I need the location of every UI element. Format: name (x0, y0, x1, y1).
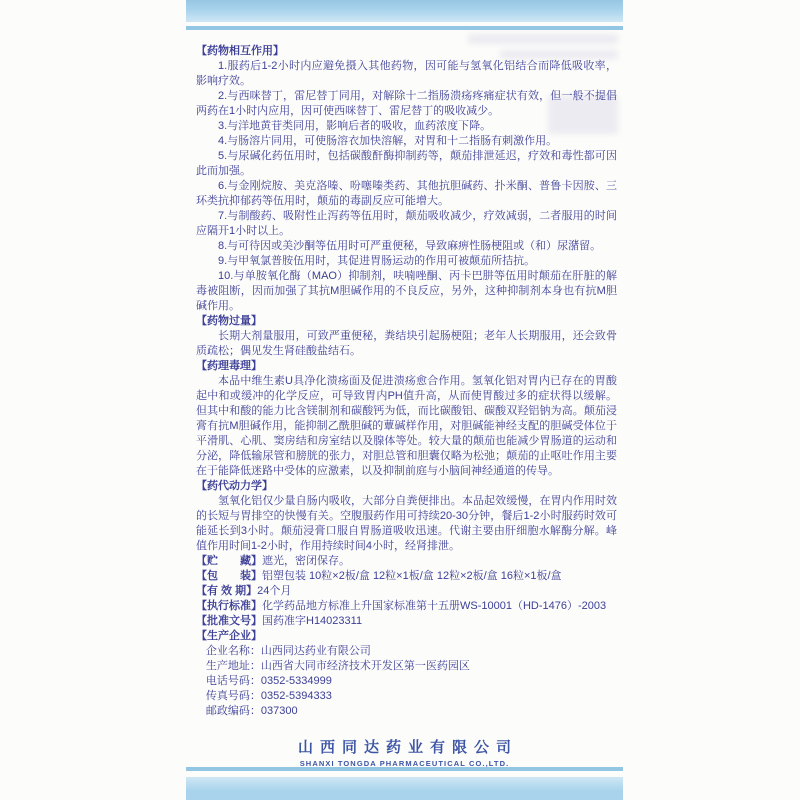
contact-line: 电话号码：0352-5334999 (196, 674, 617, 689)
section-paragraph: 本品中维生素U具净化溃疡面及促进溃疡愈合作用。氢氧化铝对胃内已存在的胃酸起中和或… (196, 374, 617, 479)
section-paragraph: 3.与洋地黄苷类同用，影响后者的吸收，血药浓度下降。 (196, 119, 617, 134)
leaflet-page: 【药物相互作用】1.服药后1-2小时内应避免摄入其他药物，因可能与氢氧化铝结合而… (0, 0, 800, 800)
field-value: 国药准字H14023311 (262, 615, 362, 627)
section-heading: 【药代动力学】 (196, 479, 617, 494)
field-row: 【执行标准】化学药品地方标准上升国家标准第十五册WS-10001（HD-1476… (196, 599, 617, 614)
field-value: 化学药品地方标准上升国家标准第十五册WS-10001（HD-1476）-2003 (262, 600, 606, 612)
section-paragraph: 5.与尿碱化药伍用时，包括碳酸酐酶抑制药等，颠茄排泄延迟，疗效和毒性都可因此而加… (196, 149, 617, 179)
section-paragraph: 4.与肠溶片同用，可使肠溶衣加快溶解，对胃和十二指肠有刺激作用。 (196, 134, 617, 149)
field-label: 【有 效 期】 (196, 585, 257, 597)
contact-line: 生产地址：山西省大同市经济技术开发区第一医药园区 (196, 659, 617, 674)
field-row: 【批准文号】国药准字H14023311 (196, 614, 617, 629)
contact-line: 邮政编码：037300 (196, 704, 617, 719)
section-paragraph: 9.与甲氧氯普胺伍用时，其促进胃肠运动的作用可被颠茄所拮抗。 (196, 254, 617, 269)
field-value: 铝塑包装 10粒×2板/盒 12粒×1板/盒 12粒×2板/盒 16粒×1板/盒 (262, 570, 562, 582)
section-heading: 【药理毒理】 (196, 359, 617, 374)
section-paragraph: 7.与制酸药、吸附性止泻药等伍用时，颠茄吸收减少，疗效减弱，二者服用的时间应隔开… (196, 209, 617, 239)
section-paragraph: 6.与金刚烷胺、美克洛嗪、吩噻嗪类药、其他抗胆碱药、扑米酮、普鲁卡因胺、三环类抗… (196, 179, 617, 209)
field-row: 【包 装】铝塑包装 10粒×2板/盒 12粒×1板/盒 12粒×2板/盒 16粒… (196, 569, 617, 584)
field-value: 24个月 (257, 585, 291, 597)
bottom-decor-stripe (186, 767, 623, 771)
section-paragraph: 8.与可待因或美沙酮等伍用时可严重便秘，导致麻痹性肠梗阻或（和）尿潴留。 (196, 239, 617, 254)
section-paragraph: 1.服药后1-2小时内应避免摄入其他药物，因可能与氢氧化铝结合而降低吸收率，影响… (196, 59, 617, 89)
contact-line: 传真号码：0352-5394333 (196, 689, 617, 704)
field-row: 【贮 藏】遮光，密闭保存。 (196, 554, 617, 569)
footer: 山西同达药业有限公司 SHANXI TONGDA PHARMACEUTICAL … (186, 736, 623, 768)
field-label: 【批准文号】 (196, 615, 262, 627)
company-name-cn: 山西同达药业有限公司 (193, 736, 623, 757)
section-paragraph: 2.与西咪替丁，雷尼替丁同用，对解除十二指肠溃疡疼痛症状有效，但一般不提倡两药在… (196, 89, 617, 119)
section-heading: 【生产企业】 (196, 629, 617, 644)
section-paragraph: 10.与单胺氧化酶（MAO）抑制剂，呋喃唑酮、丙卡巴肼等伍用时颠茄在肝脏的解毒被… (196, 269, 617, 314)
leaflet-body: 【药物相互作用】1.服药后1-2小时内应避免摄入其他药物，因可能与氢氧化铝结合而… (196, 44, 617, 719)
top-decor-band (186, 0, 623, 22)
field-label: 【执行标准】 (196, 600, 262, 612)
section-heading: 【药物相互作用】 (196, 44, 617, 59)
section-heading: 【药物过量】 (196, 314, 617, 329)
section-paragraph: 氢氧化铝仅少量自肠内吸收，大部分自粪便排出。本品起效缓慢，在胃内作用时效的长短与… (196, 494, 617, 554)
section-paragraph: 长期大剂量服用，可致严重便秘，粪结块引起肠梗阻；老年人长期服用，还会致骨质疏松；… (196, 329, 617, 359)
bottom-decor-band (186, 777, 623, 800)
contact-line: 企业名称：山西同达药业有限公司 (196, 644, 617, 659)
field-label: 【包 装】 (196, 570, 262, 582)
field-row: 【有 效 期】24个月 (196, 584, 617, 599)
leaflet-strip: 【药物相互作用】1.服药后1-2小时内应避免摄入其他药物，因可能与氢氧化铝结合而… (186, 0, 623, 800)
top-decor-stripe (186, 26, 623, 30)
field-label: 【贮 藏】 (196, 555, 262, 567)
field-value: 遮光，密闭保存。 (262, 555, 350, 567)
